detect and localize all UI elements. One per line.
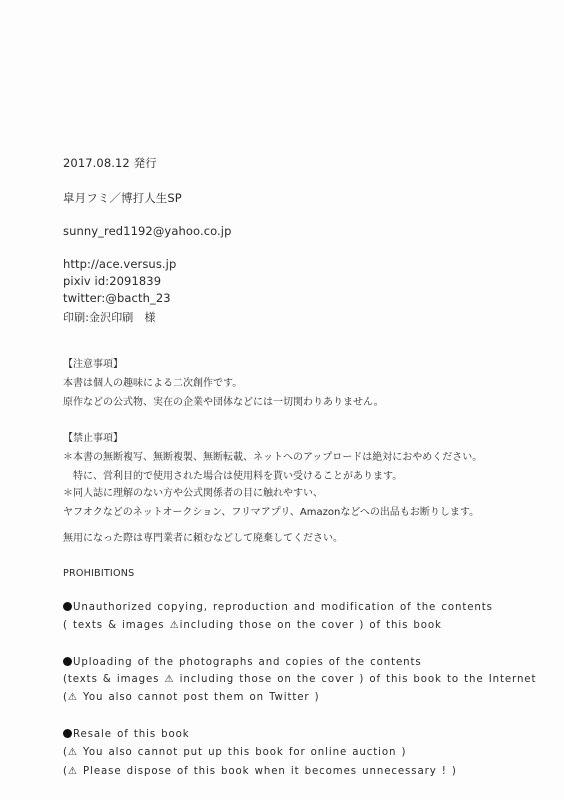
bullet-icon — [63, 729, 72, 738]
prohibited-heading: 【禁止事項】 — [63, 432, 123, 446]
author-circle: 皐月フミ／博打人生SP — [63, 191, 182, 205]
prohibitions-heading: PROHIBITIONS — [63, 567, 134, 581]
twitter-handle: twitter:@bacth_23 — [63, 291, 171, 305]
contact-email: sunny_red1192@yahoo.co.jp — [63, 224, 232, 238]
bullet-icon — [63, 657, 72, 666]
pixiv-id: pixiv id:2091839 — [63, 274, 161, 288]
prohibited-line: ＊本書の無断複写、無断複製、無断転載、ネットへのアップロードは絶対におやめくださ… — [63, 451, 482, 465]
prohibition-item-detail: (texts & images ⚠ including those on the… — [63, 673, 536, 687]
prohibited-line: ヤフオクなどのネットオークション、フリマアプリ、Amazonなどへの出品もお断り… — [63, 506, 479, 520]
printer-credit: 印刷:金沢印刷 様 — [63, 311, 156, 325]
publication-date: 2017.08.12 発行 — [63, 156, 157, 170]
prohibition-item-title: Uploading of the photographs and copies … — [63, 656, 422, 670]
notice-line: 本書は個人の趣味による二次創作です。 — [63, 377, 242, 391]
colophon-page: 2017.08.12 発行 皐月フミ／博打人生SP sunny_red1192@… — [0, 0, 564, 800]
disposal-note: 無用になった際は専門業者に頼むなどして廃棄してください。 — [63, 532, 343, 546]
prohibition-item-title: Resale of this book — [63, 728, 190, 742]
prohibition-item-detail: (⚠ Please dispose of this book when it b… — [63, 765, 457, 779]
bullet-icon — [63, 602, 72, 611]
prohibition-item-detail: ( texts & images ⚠including those on the… — [63, 619, 442, 633]
prohibition-item-detail: (⚠ You also cannot put up this book for … — [63, 746, 406, 760]
website-url: http://ace.versus.jp — [63, 257, 176, 271]
notice-line: 原作などの公式物、実在の企業や団体などには一切関わりありません。 — [63, 396, 384, 410]
prohibition-item-detail: (⚠ You also cannot post them on Twitter … — [63, 691, 320, 705]
prohibited-line: ＊同人誌に理解のない方や公式関係者の目に触れやすい、 — [63, 487, 323, 501]
prohibited-line: 特に、営利目的で使用された場合は使用料を貰い受けることがあります。 — [63, 470, 402, 484]
notice-heading: 【注意事項】 — [63, 358, 123, 372]
prohibition-item-title: Unauthorized copying, reproduction and m… — [63, 601, 493, 615]
